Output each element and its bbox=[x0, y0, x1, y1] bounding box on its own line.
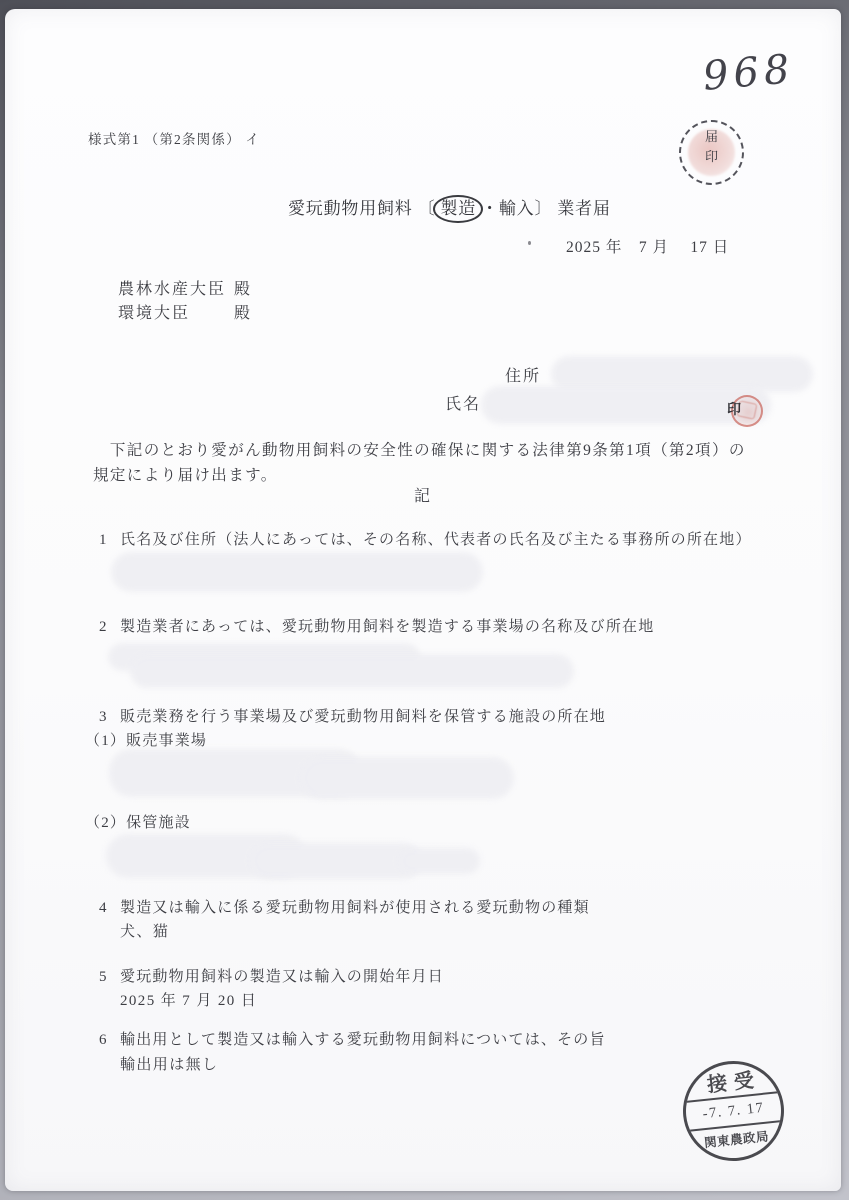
notify-seal-char-2: 印 bbox=[681, 147, 742, 167]
form-code: 様式第1 （第2条関係） イ bbox=[88, 132, 260, 149]
addressee-row: 環境大臣 殿 bbox=[118, 304, 252, 324]
addressee-honorific: 殿 bbox=[234, 304, 252, 324]
item-text: 愛玩動物用飼料の製造又は輸入の開始年月日 bbox=[120, 968, 444, 987]
address-label: 住所 bbox=[505, 367, 541, 387]
addressee-honorific: 殿 bbox=[234, 280, 252, 300]
item-number: 1 bbox=[99, 531, 107, 550]
title-suffix: ・輸入〕 業者届 bbox=[481, 199, 611, 218]
item-text: 販売業務を行う事業場及び愛玩動物用飼料を保管する施設の所在地 bbox=[120, 708, 606, 727]
notify-seal-stamp: 届 印 bbox=[679, 120, 744, 185]
item-number: 5 bbox=[99, 968, 107, 987]
item-number: 6 bbox=[99, 1031, 107, 1050]
item-number: 3 bbox=[99, 708, 107, 727]
item-number: 2 bbox=[99, 618, 107, 637]
document-paper: 968 様式第1 （第2条関係） イ 届 印 愛玩動物用飼料 〔製造・輸入〕 業… bbox=[5, 9, 841, 1191]
sub-item-label: （2）保管施設 bbox=[85, 814, 191, 833]
addressee-row: 農林水産大臣 殿 bbox=[118, 280, 252, 300]
intro-line-2: 規定により届け出ます。 bbox=[93, 466, 278, 485]
item-text: 製造業者にあっては、愛玩動物用飼料を製造する事業場の名称及び所在地 bbox=[120, 618, 654, 637]
ink-speck bbox=[528, 241, 531, 245]
redaction-blob-item3-2 bbox=[250, 843, 422, 879]
item-value: 2025 年 7 月 20 日 bbox=[120, 992, 257, 1011]
name-label: 氏名 bbox=[445, 395, 481, 415]
name-seal-in-character: 印 bbox=[727, 399, 741, 419]
item-number: 4 bbox=[99, 899, 107, 918]
document-title: 愛玩動物用飼料 〔製造・輸入〕 業者届 bbox=[288, 195, 611, 223]
addressee-name: 環境大臣 bbox=[118, 304, 234, 324]
redaction-blob-item3-1 bbox=[300, 757, 514, 799]
sub-item-label: （1）販売事業場 bbox=[85, 732, 207, 751]
item-value: 輸出用は無し bbox=[120, 1056, 218, 1075]
redaction-blob-item1 bbox=[111, 552, 483, 592]
document-content: 968 様式第1 （第2条関係） イ 届 印 愛玩動物用飼料 〔製造・輸入〕 業… bbox=[0, 0, 849, 1200]
title-prefix: 愛玩動物用飼料 〔 bbox=[288, 199, 435, 218]
item-text: 輸出用として製造又は輸入する愛玩動物用飼料については、その旨 bbox=[120, 1031, 606, 1050]
intro-line-1: 下記のとおり愛がん動物用飼料の安全性の確保に関する法律第9条第1項（第2項）の bbox=[93, 441, 746, 460]
record-heading: 記 bbox=[414, 487, 431, 507]
item-text: 氏名及び住所（法人にあっては、その名称、代表者の氏名及び主たる事務所の所在地） bbox=[120, 531, 752, 550]
notify-seal-label: 届 印 bbox=[681, 127, 742, 167]
title-circled-option: 製造 bbox=[433, 195, 483, 223]
name-seal-stamp: 印 bbox=[729, 393, 765, 429]
item-value: 犬、猫 bbox=[120, 923, 169, 942]
handwritten-page-number: 968 bbox=[701, 44, 796, 102]
redaction-blob-item2 bbox=[130, 654, 574, 688]
notify-seal-char-1: 届 bbox=[681, 127, 742, 147]
addressee-name: 農林水産大臣 bbox=[118, 280, 234, 300]
item-text: 製造又は輸入に係る愛玩動物用飼料が使用される愛玩動物の種類 bbox=[120, 899, 590, 918]
submission-date: 2025 年 7 月 17 日 bbox=[566, 238, 729, 257]
redaction-blob-item3-2 bbox=[398, 848, 480, 874]
reception-stamp: 接受 -7. 7. 17 関東農政局 bbox=[678, 1056, 789, 1166]
